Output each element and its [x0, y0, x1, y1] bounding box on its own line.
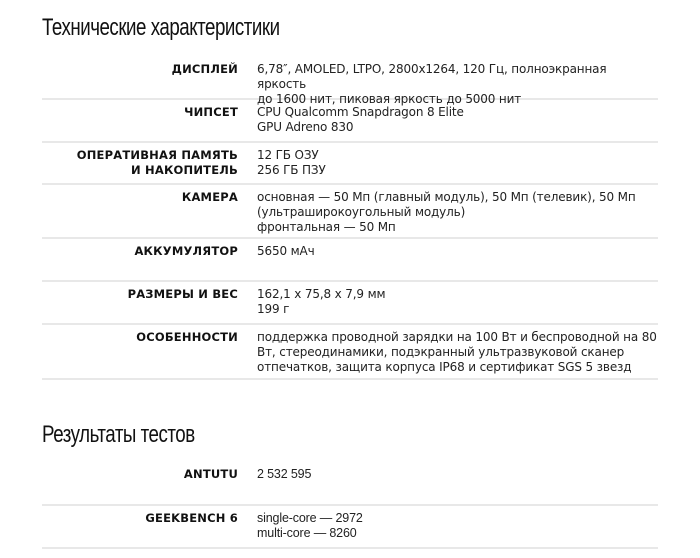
spec-value-line: 199 г [257, 302, 658, 317]
spec-value-line: CPU Qualcomm Snapdragon 8 Elite [257, 105, 658, 120]
spec-row-dimensions: РАЗМЕРЫ И ВЕС 162,1 x 75,8 x 7,9 мм 199 … [42, 282, 658, 325]
spec-value-line: GPU Adreno 830 [257, 120, 658, 135]
spec-value-line: фронтальная — 50 Мп [257, 220, 658, 235]
spec-value: 162,1 x 75,8 x 7,9 мм 199 г [238, 282, 658, 323]
spec-label: ОСОБЕННОСТИ [42, 325, 238, 378]
spec-label-line: ОПЕРАТИВНАЯ ПАМЯТЬ [42, 148, 238, 163]
test-label: ANTUTU [42, 462, 238, 504]
spec-value: 5650 мАч [238, 239, 658, 280]
spec-value: поддержка проводной зарядки на 100 Вт и … [238, 325, 658, 378]
test-row-geekbench: GEEKBENCH 6 single-core — 2972 multi-cor… [42, 506, 658, 549]
spec-row-chipset: ЧИПСЕТ CPU Qualcomm Snapdragon 8 Elite G… [42, 100, 658, 143]
spec-value-line: 6,78″, AMOLED, LTPO, 2800x1264, 120 Гц, … [257, 62, 658, 92]
test-row-antutu: ANTUTU 2 532 595 [42, 462, 658, 506]
spec-row-camera: КАМЕРА основная — 50 Мп (главный модуль)… [42, 185, 658, 239]
test-value: 2 532 595 [238, 462, 658, 504]
spec-label: ОПЕРАТИВНАЯ ПАМЯТЬ И НАКОПИТЕЛЬ [42, 143, 238, 183]
spec-value: CPU Qualcomm Snapdragon 8 Elite GPU Adre… [238, 100, 658, 141]
test-value-line: single-core — 2972 [257, 511, 658, 526]
tests-section-title: Результаты тестов [42, 421, 195, 449]
specs-table: ДИСПЛЕЙ 6,78″, AMOLED, LTPO, 2800x1264, … [42, 57, 658, 380]
spec-label: ЧИПСЕТ [42, 100, 238, 141]
spec-label: АККУМУЛЯТОР [42, 239, 238, 280]
spec-row-features: ОСОБЕННОСТИ поддержка проводной зарядки … [42, 325, 658, 380]
specs-section-title: Технические характеристики [42, 14, 280, 42]
spec-value-line: 5650 мАч [257, 244, 658, 259]
spec-label-line: И НАКОПИТЕЛЬ [42, 163, 238, 178]
spec-row-battery: АККУМУЛЯТОР 5650 мАч [42, 239, 658, 282]
spec-row-memory: ОПЕРАТИВНАЯ ПАМЯТЬ И НАКОПИТЕЛЬ 12 ГБ ОЗ… [42, 143, 658, 185]
spec-value: основная — 50 Мп (главный модуль), 50 Мп… [238, 185, 658, 237]
test-value-line: 2 532 595 [257, 467, 658, 482]
spec-value-line: отпечатков, защита корпуса IP68 и сертиф… [257, 360, 658, 375]
spec-value-line: 162,1 x 75,8 x 7,9 мм [257, 287, 658, 302]
spec-value-line: основная — 50 Мп (главный модуль), 50 Мп… [257, 190, 658, 205]
spec-value: 6,78″, AMOLED, LTPO, 2800x1264, 120 Гц, … [238, 57, 658, 98]
spec-value-line: Вт, стереодинамики, подэкранный ультразв… [257, 345, 658, 360]
spec-value-line: 256 ГБ ПЗУ [257, 163, 658, 178]
spec-value-line: поддержка проводной зарядки на 100 Вт и … [257, 330, 658, 345]
spec-label: РАЗМЕРЫ И ВЕС [42, 282, 238, 323]
test-label: GEEKBENCH 6 [42, 506, 238, 547]
spec-value: 12 ГБ ОЗУ 256 ГБ ПЗУ [238, 143, 658, 183]
tests-table: ANTUTU 2 532 595 GEEKBENCH 6 single-core… [42, 462, 658, 549]
spec-label: КАМЕРА [42, 185, 238, 237]
spec-value-line: 12 ГБ ОЗУ [257, 148, 658, 163]
spec-value-line: (ультраширокоугольный модуль) [257, 205, 658, 220]
test-value: single-core — 2972 multi-core — 8260 [238, 506, 658, 547]
spec-row-display: ДИСПЛЕЙ 6,78″, AMOLED, LTPO, 2800x1264, … [42, 57, 658, 100]
spec-label: ДИСПЛЕЙ [42, 57, 238, 98]
test-value-line: multi-core — 8260 [257, 526, 658, 541]
